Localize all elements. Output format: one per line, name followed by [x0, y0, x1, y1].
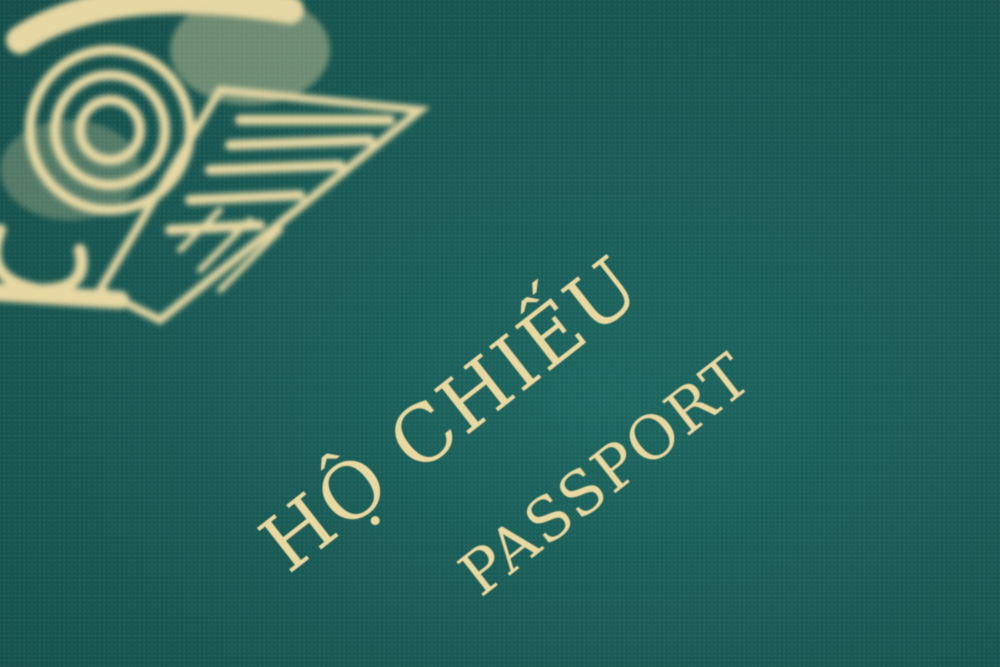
title-vietnamese: HỘ CHIẾU	[245, 240, 658, 590]
cover-title: HỘ CHIẾU PASSPORT	[0, 0, 1000, 667]
